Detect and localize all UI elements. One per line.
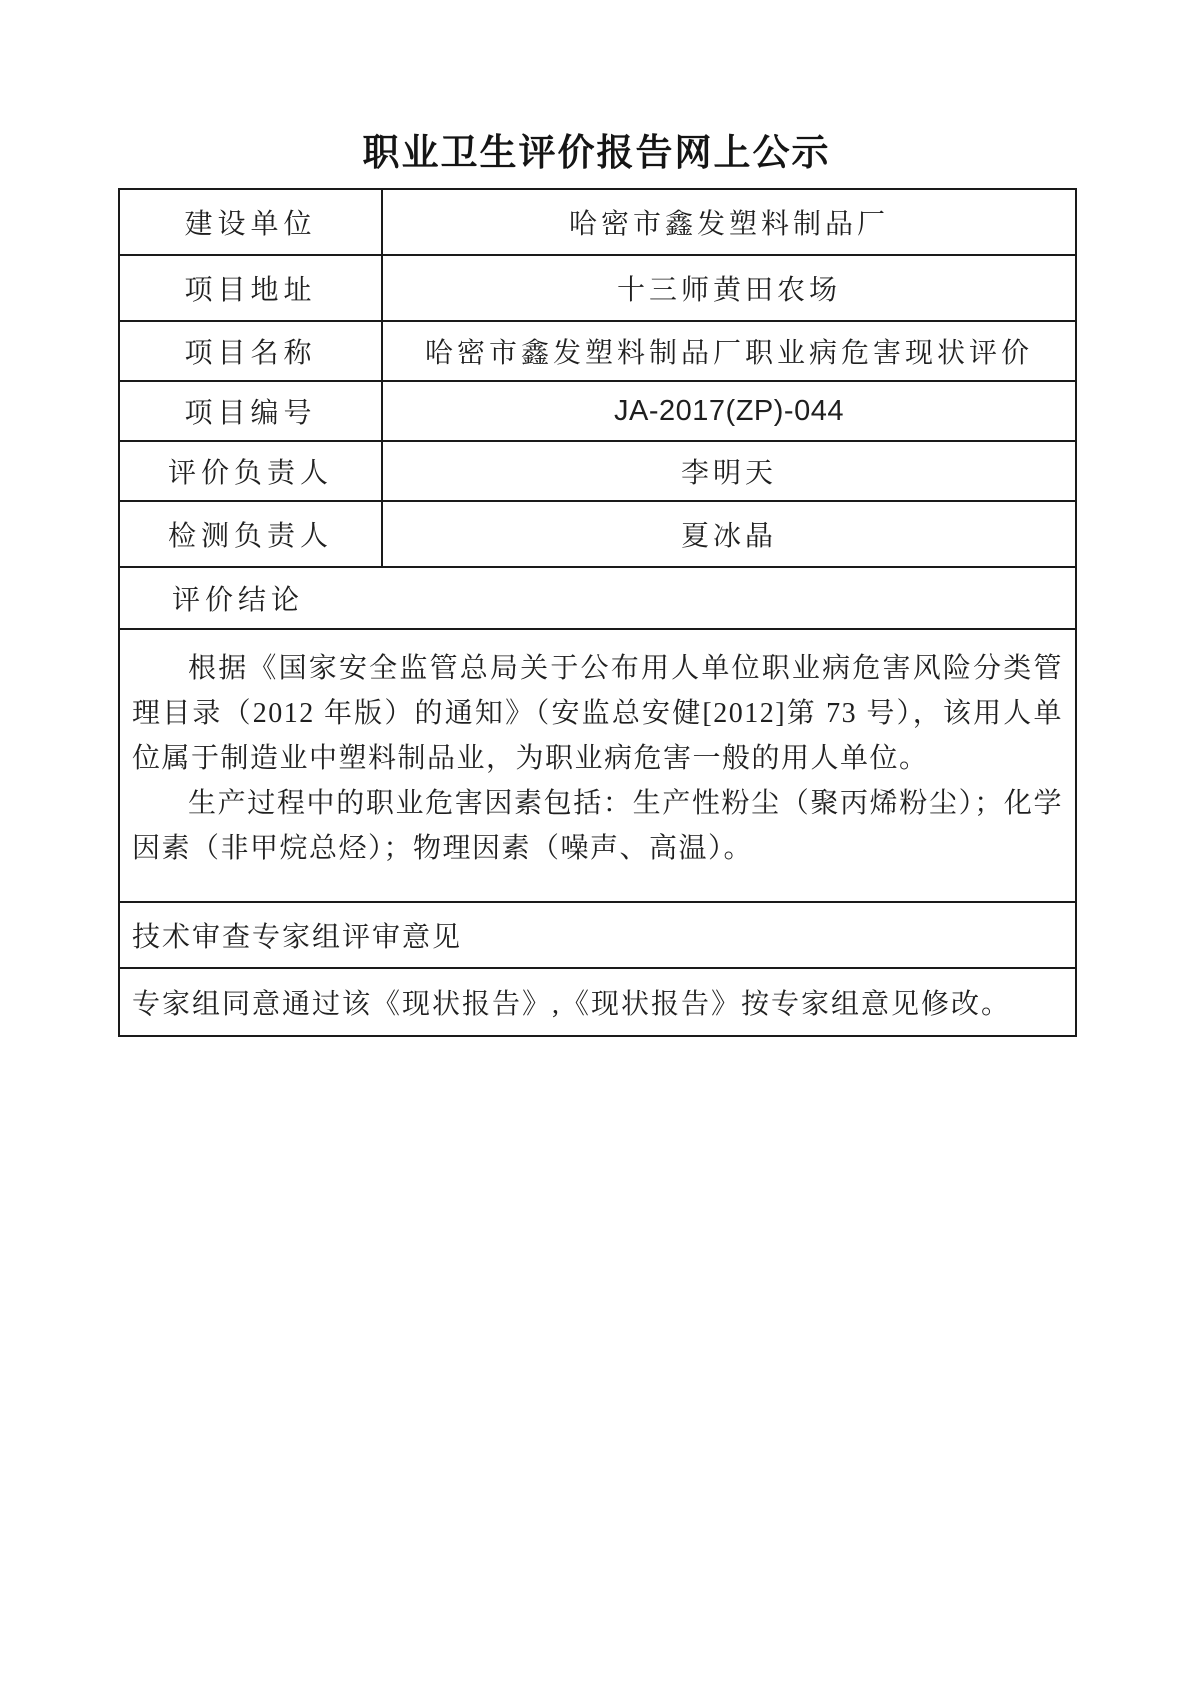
table-row-conclusion-header: 评价结论	[119, 567, 1076, 629]
review-comment-text: 专家组同意通过该《现状报告》,《现状报告》按专家组意见修改。	[119, 968, 1076, 1036]
row-value: 夏冰晶	[382, 501, 1076, 567]
table-row-project-number: 项目编号 JA-2017(ZP)-044	[119, 381, 1076, 441]
row-value: 十三师黄田农场	[382, 255, 1076, 321]
table-row-evaluation-leader: 评价负责人 李明天	[119, 441, 1076, 501]
row-label: 检测负责人	[119, 501, 382, 567]
row-label: 项目编号	[119, 381, 382, 441]
table-row-review-comment: 专家组同意通过该《现状报告》,《现状报告》按专家组意见修改。	[119, 968, 1076, 1036]
review-header-label: 技术审查专家组评审意见	[119, 902, 1076, 968]
row-label: 建设单位	[119, 189, 382, 255]
report-table: 建设单位 哈密市鑫发塑料制品厂 项目地址 十三师黄田农场 项目名称 哈密市鑫发塑…	[118, 188, 1077, 1037]
conclusion-body-cell: 根据《国家安全监管总局关于公布用人单位职业病危害风险分类管理目录（2012 年版…	[119, 629, 1076, 902]
row-value: 李明天	[382, 441, 1076, 501]
row-value: JA-2017(ZP)-044	[382, 381, 1076, 441]
conclusion-paragraph: 根据《国家安全监管总局关于公布用人单位职业病危害风险分类管理目录（2012 年版…	[132, 646, 1063, 781]
row-value: 哈密市鑫发塑料制品厂	[382, 189, 1076, 255]
conclusion-paragraph: 生产过程中的职业危害因素包括：生产性粉尘（聚丙烯粉尘）；化学因素（非甲烷总烃）；…	[132, 781, 1063, 871]
row-label: 项目地址	[119, 255, 382, 321]
row-label: 评价负责人	[119, 441, 382, 501]
table-row-project-name: 项目名称 哈密市鑫发塑料制品厂职业病危害现状评价	[119, 321, 1076, 381]
table-row-conclusion-body: 根据《国家安全监管总局关于公布用人单位职业病危害风险分类管理目录（2012 年版…	[119, 629, 1076, 902]
table-row-review-header: 技术审查专家组评审意见	[119, 902, 1076, 968]
document-page: 职业卫生评价报告网上公示 建设单位 哈密市鑫发塑料制品厂 项目地址 十三师黄田农…	[0, 0, 1200, 1696]
row-value: 哈密市鑫发塑料制品厂职业病危害现状评价	[382, 321, 1076, 381]
table-row-construction-unit: 建设单位 哈密市鑫发塑料制品厂	[119, 189, 1076, 255]
conclusion-header-label: 评价结论	[119, 567, 1076, 629]
table-row-testing-leader: 检测负责人 夏冰晶	[119, 501, 1076, 567]
page-title: 职业卫生评价报告网上公示	[118, 0, 1075, 188]
table-row-project-address: 项目地址 十三师黄田农场	[119, 255, 1076, 321]
row-label: 项目名称	[119, 321, 382, 381]
